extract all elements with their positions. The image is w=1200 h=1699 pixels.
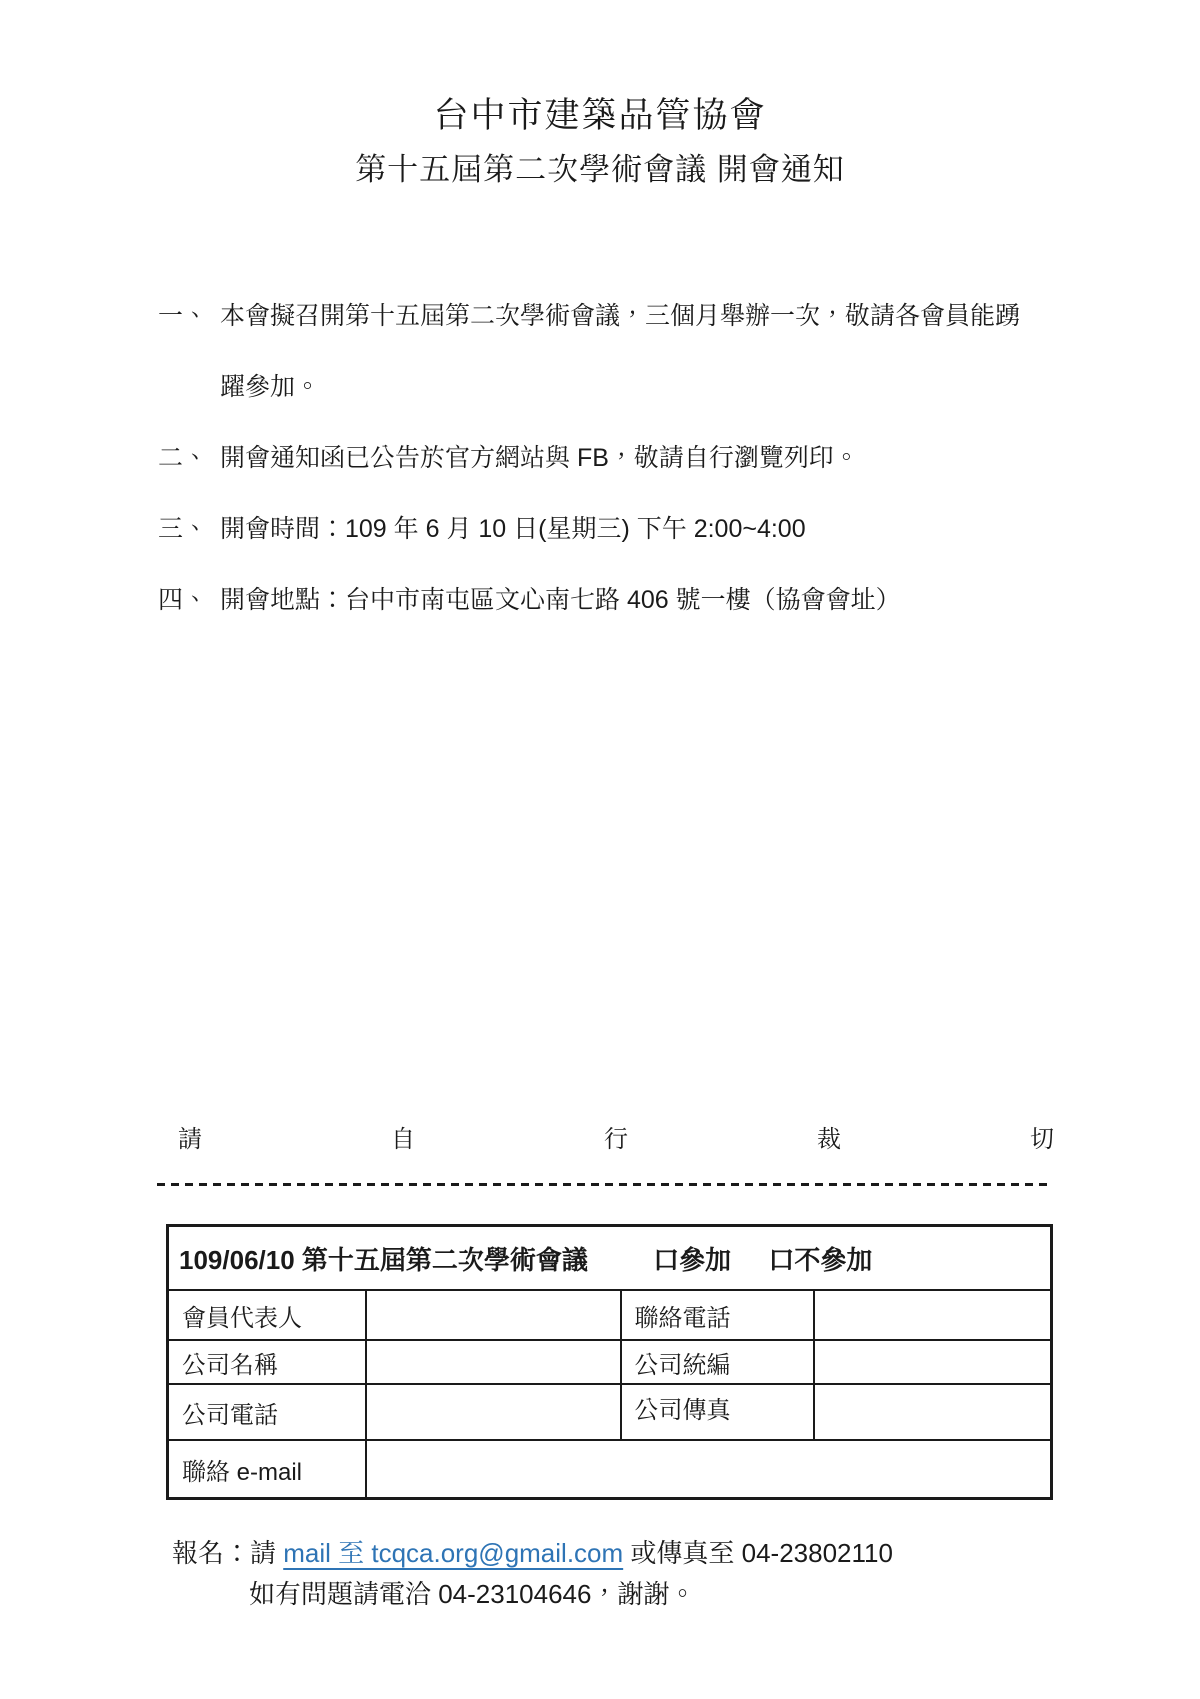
registration-suffix: 或傳真至 04-23802110 — [623, 1538, 893, 1568]
contact-email-label: 聯絡 e-mail — [168, 1440, 366, 1499]
notice-item-marker — [158, 352, 220, 423]
notice-item-1: 一、 本會擬召開第十五屆第二次學術會議，三個月舉辦一次，敬請各會員能踴 — [158, 281, 1058, 352]
member-rep-label: 會員代表人 — [168, 1290, 366, 1340]
company-phone-input-cell — [366, 1384, 621, 1440]
reply-slip-table: 109/06/10 第十五屆第二次學術會議 口參加 口不參加 會員代表人 聯絡電… — [166, 1224, 1053, 1500]
table-row: 公司名稱 公司統編 — [168, 1340, 1052, 1384]
company-tax-id-label: 公司統編 — [621, 1340, 814, 1384]
notice-item-text: 開會時間：109 年 6 月 10 日(星期三) 下午 2:00~4:00 — [220, 494, 806, 565]
reply-slip-header-row: 109/06/10 第十五屆第二次學術會議 口參加 口不參加 — [168, 1226, 1052, 1291]
table-row: 公司電話 公司傳真 — [168, 1384, 1052, 1440]
cut-instruction-char: 切 — [1030, 1126, 1054, 1154]
notice-item-text: 開會通知函已公告於官方網站與 FB，敬請自行瀏覽列印。 — [220, 423, 859, 494]
cut-instruction-char: 請 — [178, 1126, 202, 1154]
notice-item-marker: 二、 — [158, 423, 220, 494]
notice-item-marker: 一、 — [158, 281, 220, 352]
notice-list: 一、 本會擬召開第十五屆第二次學術會議，三個月舉辦一次，敬請各會員能踴 躍參加。… — [158, 281, 1058, 636]
reply-slip-header-cell: 109/06/10 第十五屆第二次學術會議 口參加 口不參加 — [168, 1226, 1052, 1291]
contact-phone-label: 聯絡電話 — [621, 1290, 814, 1340]
company-fax-label: 公司傳真 — [621, 1384, 814, 1440]
contact-email-input-cell — [366, 1440, 1052, 1499]
company-fax-input-cell — [814, 1384, 1052, 1440]
notice-item-marker: 三、 — [158, 494, 220, 565]
reply-slip-date: 109/06/10 — [179, 1245, 295, 1275]
notice-item-marker: 四、 — [158, 565, 220, 636]
registration-prefix: 報名：請 — [172, 1538, 283, 1568]
company-name-input-cell — [366, 1340, 621, 1384]
cut-instruction-char: 自 — [391, 1126, 415, 1154]
cut-dashed-line — [157, 1183, 1053, 1186]
table-row: 聯絡 e-mail — [168, 1440, 1052, 1499]
table-row: 會員代表人 聯絡電話 — [168, 1290, 1052, 1340]
cut-instruction-char: 裁 — [817, 1126, 841, 1154]
contact-phone-input-cell — [814, 1290, 1052, 1340]
company-phone-label: 公司電話 — [168, 1384, 366, 1440]
registration-instructions: 報名：請 mail 至 tcqca.org@gmail.com 或傳真至 04-… — [172, 1538, 893, 1568]
company-tax-id-input-cell — [814, 1340, 1052, 1384]
email-link[interactable]: mail 至 tcqca.org@gmail.com — [283, 1538, 623, 1568]
notice-item-4: 四、 開會地點：台中市南屯區文心南七路 406 號一樓（協會會址） — [158, 565, 1058, 636]
meeting-notice-title: 第十五屆第二次學術會議 開會通知 — [0, 144, 1200, 189]
notice-item-text: 本會擬召開第十五屆第二次學術會議，三個月舉辦一次，敬請各會員能踴 — [220, 281, 1020, 352]
company-name-label: 公司名稱 — [168, 1340, 366, 1384]
attend-checkbox-label: 口參加 — [653, 1245, 731, 1275]
cut-instruction-char: 行 — [604, 1126, 628, 1154]
notice-item-text: 開會地點：台中市南屯區文心南七路 406 號一樓（協會會址） — [220, 565, 901, 636]
notice-item-1-continued: 躍參加。 — [158, 352, 1058, 423]
notice-item-2: 二、 開會通知函已公告於官方網站與 FB，敬請自行瀏覽列印。 — [158, 423, 1058, 494]
company-fax-label-text: 公司傳真 — [635, 1390, 731, 1425]
notice-item-text: 躍參加。 — [220, 352, 320, 423]
not-attend-checkbox-label: 口不參加 — [768, 1245, 872, 1275]
member-rep-input-cell — [366, 1290, 621, 1340]
notice-item-3: 三、 開會時間：109 年 6 月 10 日(星期三) 下午 2:00~4:00 — [158, 494, 1058, 565]
document-page: 台中市建築品管協會 第十五屆第二次學術會議 開會通知 一、 本會擬召開第十五屆第… — [0, 0, 1200, 1699]
phone-note: 如有問題請電洽 04-23104646，謝謝。 — [249, 1579, 695, 1609]
org-title: 台中市建築品管協會 — [0, 88, 1200, 138]
cut-instruction-row: 請 自 行 裁 切 — [178, 1126, 1054, 1154]
reply-slip-meeting-title: 第十五屆第二次學術會議 — [302, 1245, 588, 1275]
